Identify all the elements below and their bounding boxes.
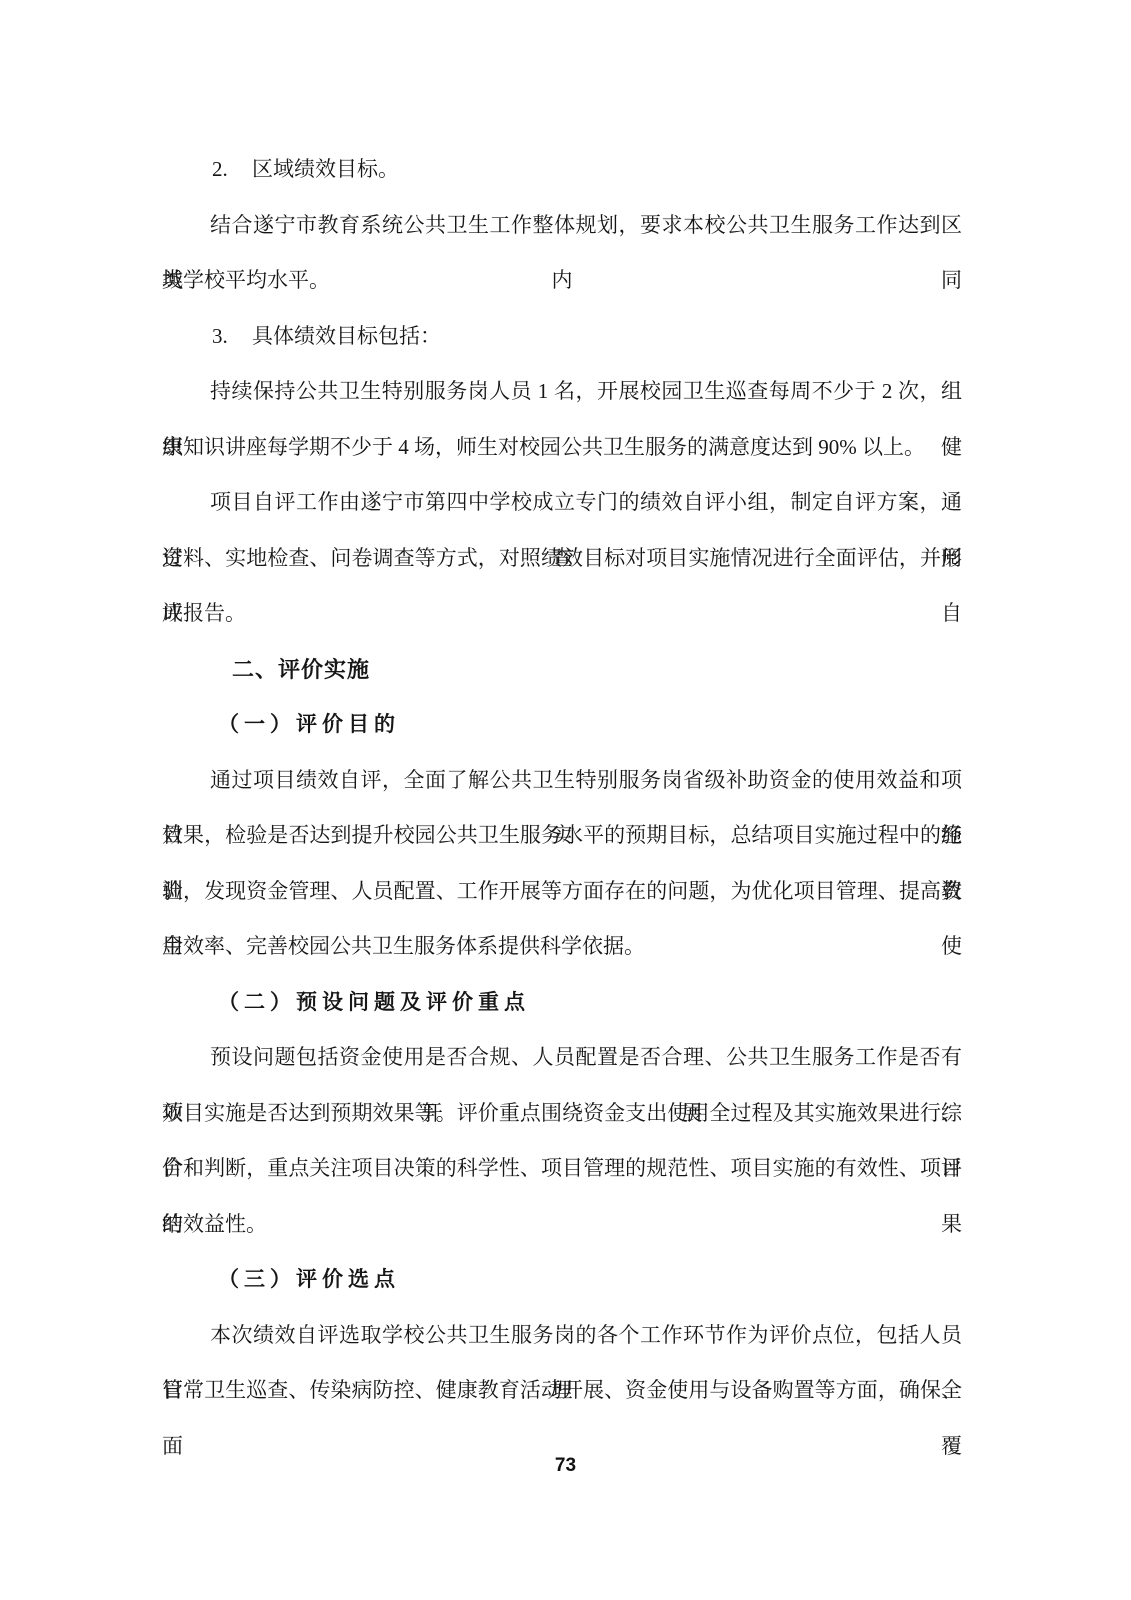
text-line: 日常卫生巡查、传染病防控、健康教育活动开展、资金使用与设备购置等方面，确保全面覆 bbox=[162, 1363, 962, 1419]
text-line: 结合遂宁市教育系统公共卫生工作整体规划，要求本校公共卫生服务工作达到区域内同 bbox=[162, 198, 962, 254]
section-heading: （三）评价选点 bbox=[162, 1252, 962, 1308]
page-number: 73 bbox=[0, 1452, 1131, 1480]
list-text: 区域绩效目标。 bbox=[252, 157, 399, 181]
list-number: 2. bbox=[212, 142, 252, 198]
text-line: 项目自评工作由遂宁市第四中学校成立专门的绩效自评小组，制定自评方案，通过查阅 bbox=[162, 475, 962, 531]
text-line: 持续保持公共卫生特别服务岗人员 1 名，开展校园卫生巡查每周不少于 2 次，组织… bbox=[162, 364, 962, 420]
section-heading: （二）预设问题及评价重点 bbox=[162, 975, 962, 1031]
text-line: 康知识讲座每学期不少于 4 场，师生对校园公共卫生服务的满意度达到 90% 以上… bbox=[162, 420, 962, 476]
text-line: 项目实施是否达到预期效果等。评价重点围绕资金支出使用全过程及其实施效果进行综合评 bbox=[162, 1086, 962, 1142]
text-line: 训，发现资金管理、人员配置、工作开展等方面存在的问题，为优化项目管理、提高资金使 bbox=[162, 864, 962, 920]
section-heading: （一）评价目的 bbox=[162, 697, 962, 753]
text-line: 通过项目绩效自评，全面了解公共卫生特别服务岗省级补助资金的使用效益和项目实施 bbox=[162, 753, 962, 809]
list-text: 具体绩效目标包括： bbox=[252, 324, 441, 348]
document-page: 2.区域绩效目标。结合遂宁市教育系统公共卫生工作整体规划，要求本校公共卫生服务工… bbox=[0, 0, 1131, 1600]
text-line: 本次绩效自评选取学校公共卫生服务岗的各个工作环节作为评价点位，包括人员管理、 bbox=[162, 1308, 962, 1364]
text-line: 价和判断，重点关注项目决策的科学性、项目管理的规范性、项目实施的有效性、项目结果 bbox=[162, 1141, 962, 1197]
numbered-item: 2.区域绩效目标。 bbox=[162, 142, 962, 198]
document-body: 2.区域绩效目标。结合遂宁市教育系统公共卫生工作整体规划，要求本校公共卫生服务工… bbox=[162, 142, 962, 1419]
section-heading: 二、评价实施 bbox=[162, 642, 962, 698]
text-line: 资料、实地检查、问卷调查等方式，对照绩效目标对项目实施情况进行全面评估，并形成自 bbox=[162, 531, 962, 587]
text-line: 效果，检验是否达到提升校园公共卫生服务水平的预期目标，总结项目实施过程中的经验教 bbox=[162, 808, 962, 864]
list-number: 3. bbox=[212, 309, 252, 365]
text-line: 预设问题包括资金使用是否合规、人员配置是否合理、公共卫生服务工作是否有效开展、 bbox=[162, 1030, 962, 1086]
numbered-item: 3.具体绩效目标包括： bbox=[162, 309, 962, 365]
